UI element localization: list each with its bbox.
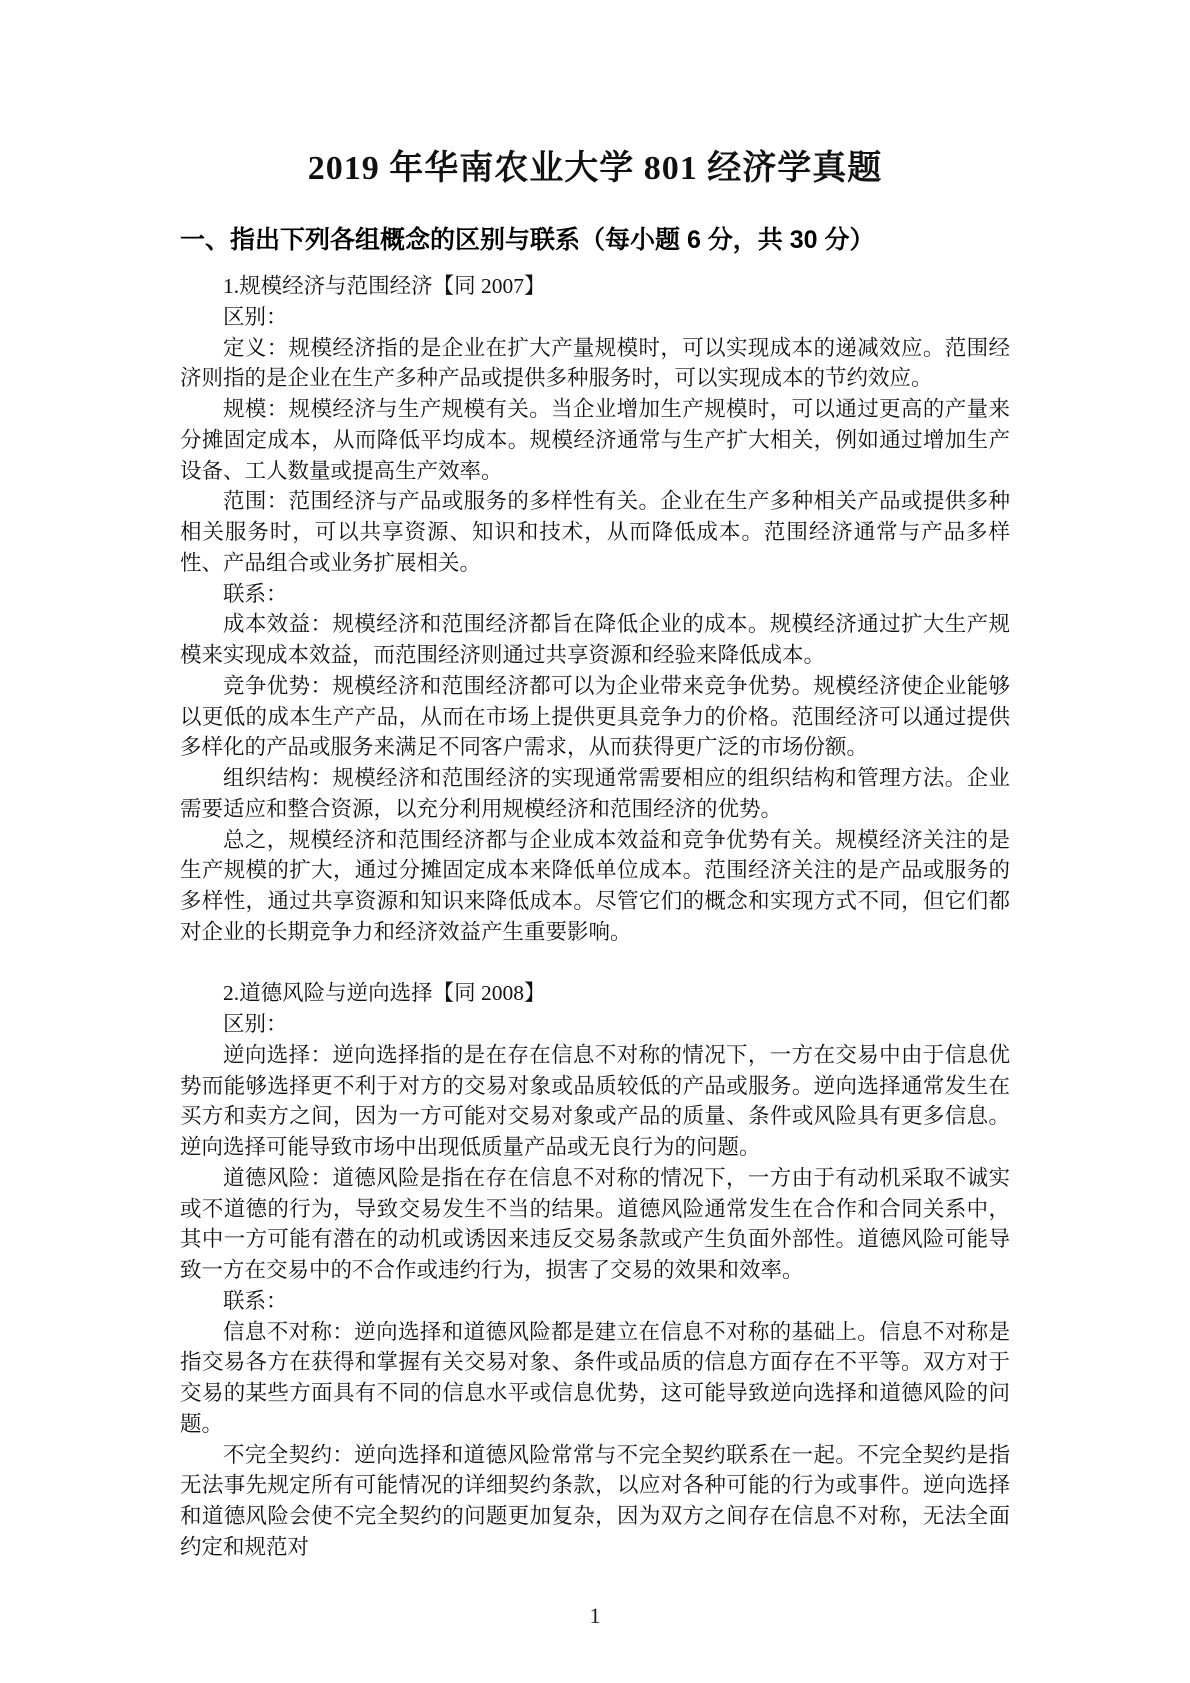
question-1-paragraph-scale: 规模：规模经济与生产规模有关。当企业增加生产规模时，可以通过更高的产量来分摊固定… [180,394,1010,486]
question-1-paragraph-competitive-advantage: 竞争优势：规模经济和范围经济都可以为企业带来竞争优势。规模经济使企业能够以更低的… [180,671,1010,763]
question-1-paragraph-organization: 组织结构：规模经济和范围经济的实现通常需要相应的组织结构和管理方法。企业需要适应… [180,763,1010,825]
question-1-paragraph-definition: 定义：规模经济指的是企业在扩大产量规模时，可以实现成本的递减效应。范围经济则指的… [180,333,1010,395]
section-one-heading: 一、指出下列各组概念的区别与联系（每小题 6 分，共 30 分） [180,224,1010,257]
question-1-label-connection: 联系： [180,579,1010,610]
question-1-heading: 1.规模经济与范围经济【同 2007】 [180,271,1010,302]
question-2-paragraph-adverse-selection: 逆向选择：逆向选择指的是在存在信息不对称的情况下，一方在交易中由于信息优势而能够… [180,1040,1010,1163]
page-number: 1 [0,1601,1190,1631]
question-1-paragraph-summary: 总之，规模经济和范围经济都与企业成本效益和竞争优势有关。规模经济关注的是生产规模… [180,825,1010,948]
question-2-block: 2.道德风险与逆向选择【同 2008】 区别： 逆向选择：逆向选择指的是在存在信… [180,978,1010,1562]
document-title: 2019 年华南农业大学 801 经济学真题 [180,146,1010,192]
question-1-paragraph-scope: 范围：范围经济与产品或服务的多样性有关。企业在生产多种相关产品或提供多种相关服务… [180,486,1010,578]
question-2-paragraph-incomplete-contract: 不完全契约：逆向选择和道德风险常常与不完全契约联系在一起。不完全契约是指无法事先… [180,1440,1010,1563]
question-1-paragraph-cost-benefit: 成本效益：规模经济和范围经济都旨在降低企业的成本。规模经济通过扩大生产规模来实现… [180,609,1010,671]
question-2-heading: 2.道德风险与逆向选择【同 2008】 [180,978,1010,1009]
question-2-paragraph-moral-hazard: 道德风险：道德风险是指在存在信息不对称的情况下，一方由于有动机采取不诚实或不道德… [180,1163,1010,1286]
question-1-block: 1.规模经济与范围经济【同 2007】 区别： 定义：规模经济指的是企业在扩大产… [180,271,1010,948]
document-page: 2019 年华南农业大学 801 经济学真题 一、指出下列各组概念的区别与联系（… [0,0,1190,1683]
document-content: 2019 年华南农业大学 801 经济学真题 一、指出下列各组概念的区别与联系（… [0,0,1190,1563]
question-1-label-distinction: 区别： [180,302,1010,333]
document-body: 1.规模经济与范围经济【同 2007】 区别： 定义：规模经济指的是企业在扩大产… [180,271,1010,1563]
question-2-label-distinction: 区别： [180,1009,1010,1040]
question-2-label-connection: 联系： [180,1286,1010,1317]
question-2-paragraph-information-asymmetry: 信息不对称：逆向选择和道德风险都是建立在信息不对称的基础上。信息不对称是指交易各… [180,1317,1010,1440]
